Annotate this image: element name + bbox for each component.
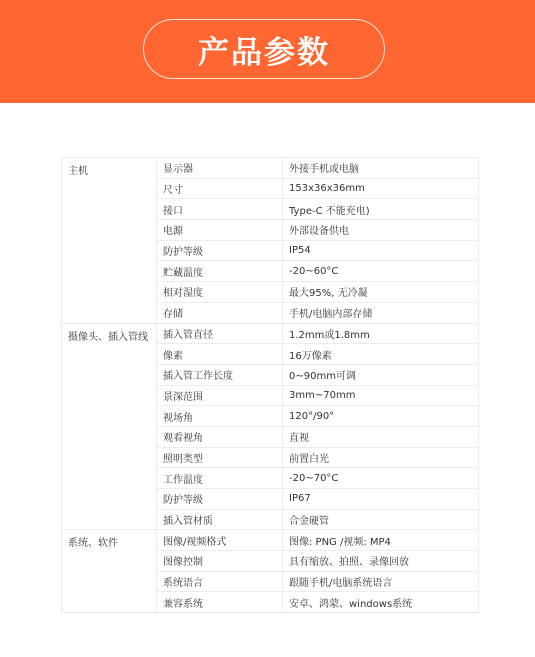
param-value: 具有缩放、拍照、录像回放: [283, 551, 479, 572]
param-value: 直视: [283, 426, 479, 447]
param-value: 1.2mm或1.8mm: [283, 323, 479, 344]
param-name: 照明类型: [157, 447, 283, 468]
param-name: 图像/视频格式: [157, 530, 283, 551]
param-value: 120°/90°: [283, 406, 479, 427]
param-value: IP67: [283, 489, 479, 510]
param-name: 相对湿度: [157, 282, 283, 303]
group-label: 摄像头、插入管线: [62, 323, 157, 530]
param-value: 跟随手机/电脑系统语言: [283, 571, 479, 592]
param-value: IP54: [283, 240, 479, 261]
group-label: 系统、软件: [62, 530, 157, 613]
param-name: 电源: [157, 220, 283, 241]
param-value: 153x36x36mm: [283, 178, 479, 199]
param-name: 接口: [157, 199, 283, 220]
param-value: 3mm~70mm: [283, 385, 479, 406]
param-value: 合金硬管: [283, 509, 479, 530]
param-name: 存储: [157, 302, 283, 323]
param-value: -20~70°C: [283, 468, 479, 489]
param-name: 尺寸: [157, 178, 283, 199]
param-name: 像素: [157, 344, 283, 365]
param-value: 安卓、鸿蒙、windows系统: [283, 592, 479, 613]
param-name: 视场角: [157, 406, 283, 427]
param-name: 防护等级: [157, 240, 283, 261]
param-value: 16万像素: [283, 344, 479, 365]
param-name: 显示器: [157, 158, 283, 179]
param-value: 外部设备供电: [283, 220, 479, 241]
page-title: 产品参数: [198, 27, 330, 72]
param-value: Type-C 不能充电): [283, 199, 479, 220]
param-name: 系统语言: [157, 571, 283, 592]
table-row: 主机显示器外接手机或电脑: [62, 158, 479, 179]
header-banner: 产品参数: [0, 0, 535, 103]
param-value: 图像: PNG /视频: MP4: [283, 530, 479, 551]
param-value: -20~60°C: [283, 261, 479, 282]
param-name: 插入管材质: [157, 509, 283, 530]
param-name: 兼容系统: [157, 592, 283, 613]
param-value: 手机/电脑内部存储: [283, 302, 479, 323]
param-value: 前置白光: [283, 447, 479, 468]
param-name: 景深范围: [157, 385, 283, 406]
title-pill: 产品参数: [143, 19, 385, 79]
param-name: 插入管工作长度: [157, 364, 283, 385]
spec-table: 主机显示器外接手机或电脑尺寸153x36x36mm接口Type-C 不能充电)电…: [61, 157, 479, 613]
param-name: 工作温度: [157, 468, 283, 489]
param-name: 观看视角: [157, 426, 283, 447]
table-row: 摄像头、插入管线插入管直径1.2mm或1.8mm: [62, 323, 479, 344]
param-name: 贮藏温度: [157, 261, 283, 282]
table-row: 系统、软件图像/视频格式图像: PNG /视频: MP4: [62, 530, 479, 551]
param-name: 插入管直径: [157, 323, 283, 344]
param-value: 0~90mm可调: [283, 364, 479, 385]
group-label: 主机: [62, 158, 157, 324]
param-value: 外接手机或电脑: [283, 158, 479, 179]
param-name: 图像控制: [157, 551, 283, 572]
param-name: 防护等级: [157, 489, 283, 510]
param-value: 最大95%, 无冷凝: [283, 282, 479, 303]
